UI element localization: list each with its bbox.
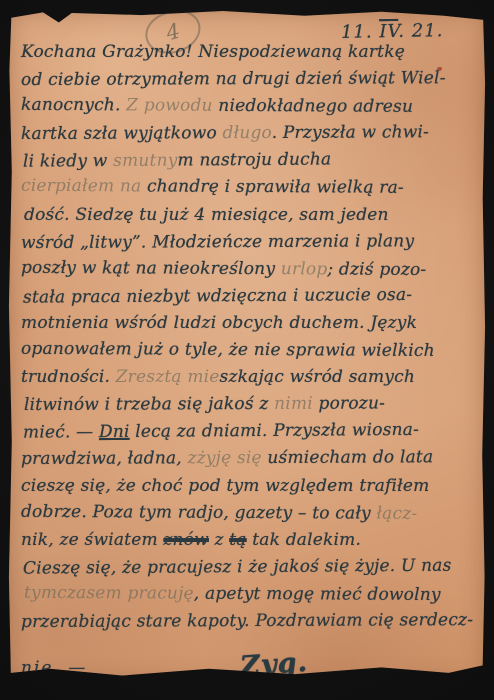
handwritten-text-segment: uśmiecham do lata [262, 448, 434, 469]
handwritten-line: dobrze. Poza tym radjo, gazety – to cały… [21, 498, 487, 528]
handwritten-text-segment: smutny [113, 151, 178, 171]
handwritten-text-segment: Kochana Grażynko! Niespodziewaną kartkę [21, 42, 405, 62]
handwritten-line: od ciebie otrzymałem na drugi dzień świą… [21, 65, 487, 94]
signature-line-end: nie. — [21, 658, 87, 678]
handwritten-line: trudności. Zresztą mieszkając wśród samy… [21, 364, 487, 391]
handwritten-line: przerabiając stare kapoty. Pozdrawiam ci… [21, 607, 487, 636]
handwritten-text-segment: zżyję się [187, 448, 261, 468]
signature: Zyg. [239, 647, 309, 683]
handwritten-text-segment: prawdziwa, ładna, [21, 449, 188, 470]
scanned-postcard-scene: 4 11. IV. 21. Kochana Grażynko! Niespodz… [0, 0, 494, 700]
handwritten-text-segment: niedokładnego adresu [218, 96, 413, 117]
handwritten-text-segment: długo [222, 123, 271, 143]
handwritten-text-segment: m nastroju ducha [177, 150, 331, 171]
handwritten-line: cieszę się, że choć pod tym względem tra… [21, 473, 487, 500]
handwritten-text-segment: dobrze. Poza tym radjo, gazety – to cały [21, 501, 377, 523]
handwritten-text-segment: Z powodu [126, 96, 218, 116]
handwritten-text-segment: ; dziś pozo- [327, 259, 426, 280]
handwritten-text-segment: poszły w kąt na nieokreślony [21, 258, 281, 279]
handwritten-text-segment: . Przyszła w chwi- [272, 123, 430, 144]
handwritten-text-segment: nik, ze światem [21, 530, 163, 550]
handwritten-line: stała praca niezbyt wdzięczna i uczucie … [23, 281, 487, 311]
handwritten-text-segment: mieć. — [23, 422, 99, 443]
letter-body: Kochana Grażynko! Niespodziewaną kartkęo… [21, 39, 487, 635]
handwritten-text-segment: szkając wśród samych [220, 367, 415, 387]
handwritten-line: nik, ze światem znów z tą tak dalekim. [21, 527, 487, 554]
handwritten-text-segment: Dni [99, 422, 130, 442]
postcard-paper: 4 11. IV. 21. Kochana Grażynko! Niespodz… [7, 9, 487, 685]
handwritten-text-segment: Cieszę się, że pracujesz i że jakoś się … [23, 555, 452, 578]
handwritten-text-segment: cierpiałem na [21, 176, 147, 197]
handwritten-line: cierpiałem na chandrę i sprawiła wielką … [21, 173, 487, 203]
handwritten-text-segment: tak dalekim. [247, 530, 361, 550]
handwritten-text-segment: przerabiając stare kapoty. Pozdrawiam ci… [21, 610, 473, 632]
handwritten-line: poszły w kąt na nieokreślony urlop; dziś… [21, 255, 487, 285]
handwritten-line: opanowałem już o tyle, że nie sprawia wi… [21, 336, 487, 366]
handwritten-line: mieć. — Dni lecą za dniami. Przyszła wio… [23, 417, 487, 447]
handwritten-text-segment: tą [229, 530, 246, 550]
handwritten-text-segment: chandrę i sprawiła wielką ra- [147, 177, 404, 198]
handwritten-text-segment: kanocnych. [21, 95, 126, 116]
handwritten-line: Cieszę się, że pracujesz i że jakoś się … [23, 552, 487, 582]
handwritten-text-segment: opanowałem już o tyle, że nie sprawia wi… [21, 339, 435, 361]
handwritten-line: dość. Siedzę tu już 4 miesiące, sam jede… [24, 202, 487, 229]
handwritten-text-segment: li kiedy w [23, 151, 113, 172]
handwritten-line: litwinów i trzeba się jakoś z nimi poroz… [24, 390, 487, 419]
handwritten-text-segment: , apetyt mogę mieć dowolny [194, 584, 441, 605]
handwritten-text-segment: Zresztą mie [116, 367, 220, 387]
handwritten-text-segment: trudności. [21, 367, 116, 387]
handwritten-text-segment: wśród „litwy”. Młodzieńcze marzenia i pl… [21, 231, 414, 253]
handwritten-text-segment: urlop [281, 259, 328, 279]
handwritten-line: motnienia wśród ludzi obcych duchem. Jęz… [21, 310, 487, 337]
handwritten-line: wśród „litwy”. Młodzieńcze marzenia i pl… [21, 228, 487, 257]
handwritten-line: kartka szła wyjątkowo długo. Przyszła w … [21, 119, 487, 148]
handwritten-text-segment: dość. Siedzę tu już 4 miesiące, sam jede… [24, 205, 389, 225]
handwritten-line: prawdziwa, ładna, zżyję się uśmiecham do… [21, 444, 487, 473]
handwritten-text-segment: z [209, 530, 229, 550]
handwritten-text-segment: litwinów i trzeba się jakoś z [24, 394, 274, 415]
handwritten-line: tymczasem pracuję, apetyt mogę mieć dowo… [24, 580, 487, 610]
handwritten-text-segment: tymczasem pracuję [24, 583, 194, 604]
handwritten-line: li kiedy w smutnym nastroju ducha [23, 146, 487, 176]
handwritten-text-segment: motnienia wśród ludzi obcych duchem. Jęz… [21, 313, 417, 333]
handwritten-text-segment: łącz- [376, 503, 417, 523]
handwritten-text-segment: lecą za dniami. Przyszła wiosna- [130, 420, 420, 442]
handwritten-text-segment: od ciebie otrzymałem na drugi dzień świą… [21, 68, 446, 90]
handwritten-text-segment: cieszę się, że choć pod tym względem tra… [21, 476, 429, 496]
handwritten-text-segment: porozu- [313, 394, 385, 414]
handwritten-text-segment: kartka szła wyjątkowo [21, 123, 223, 144]
handwritten-text-segment: nimi [274, 394, 313, 414]
handwritten-line: Kochana Grażynko! Niespodziewaną kartkę [21, 39, 487, 66]
handwritten-text-segment: stała praca niezbyt wdzięczna i uczucie … [23, 285, 412, 308]
handwritten-line: kanocnych. Z powodu niedokładnego adresu [21, 92, 487, 122]
signature-row: nie. — Zyg. [21, 649, 481, 680]
handwritten-text-segment: znów [163, 530, 209, 550]
